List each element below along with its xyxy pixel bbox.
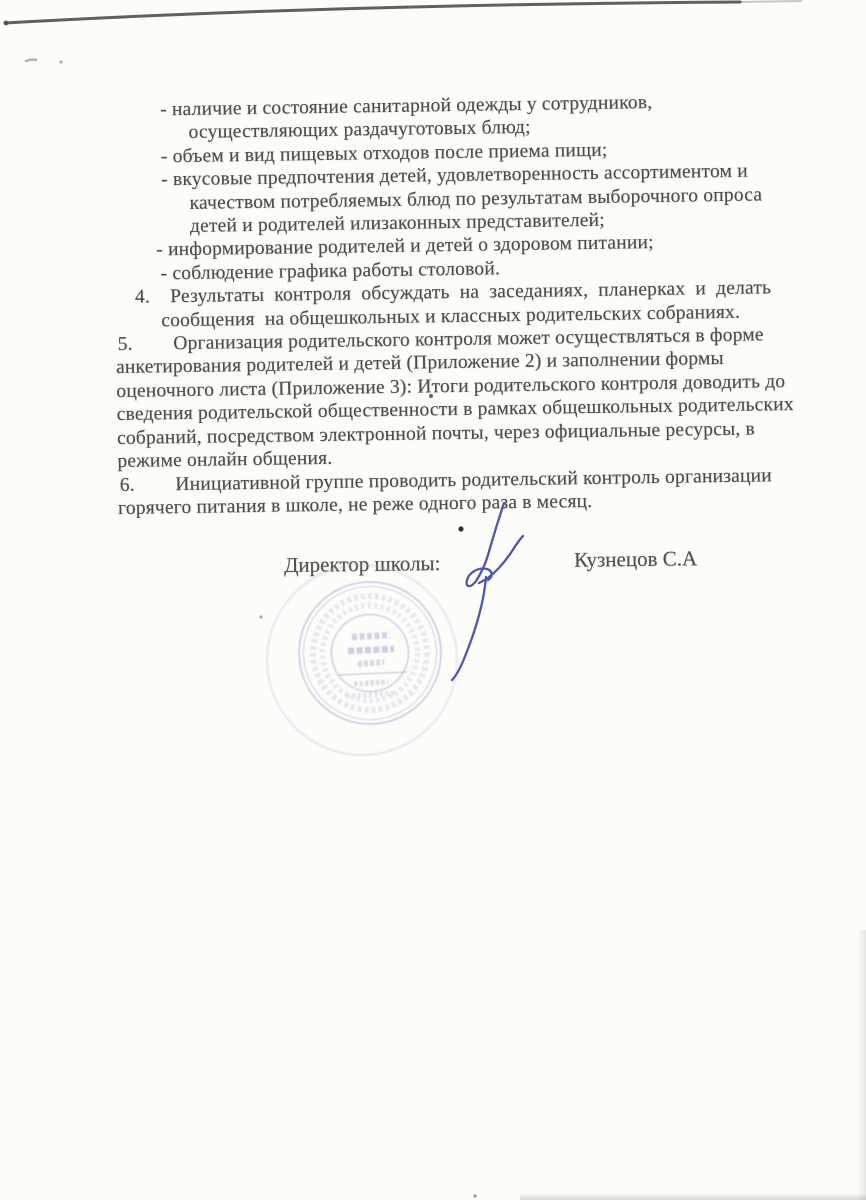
stamp-center-text [339, 635, 407, 696]
scan-shadow-bottom [520, 1193, 866, 1200]
scan-edge-artifact [4, 1, 802, 64]
signature-stroke-top [467, 503, 504, 586]
scan-shadow-right [857, 930, 866, 1200]
scan-specks [259, 394, 476, 1198]
school-stamp [267, 565, 457, 755]
scan-overlay [0, 0, 866, 1200]
scanned-document-page: - наличие и состояние санитарной одежды … [0, 0, 866, 1200]
